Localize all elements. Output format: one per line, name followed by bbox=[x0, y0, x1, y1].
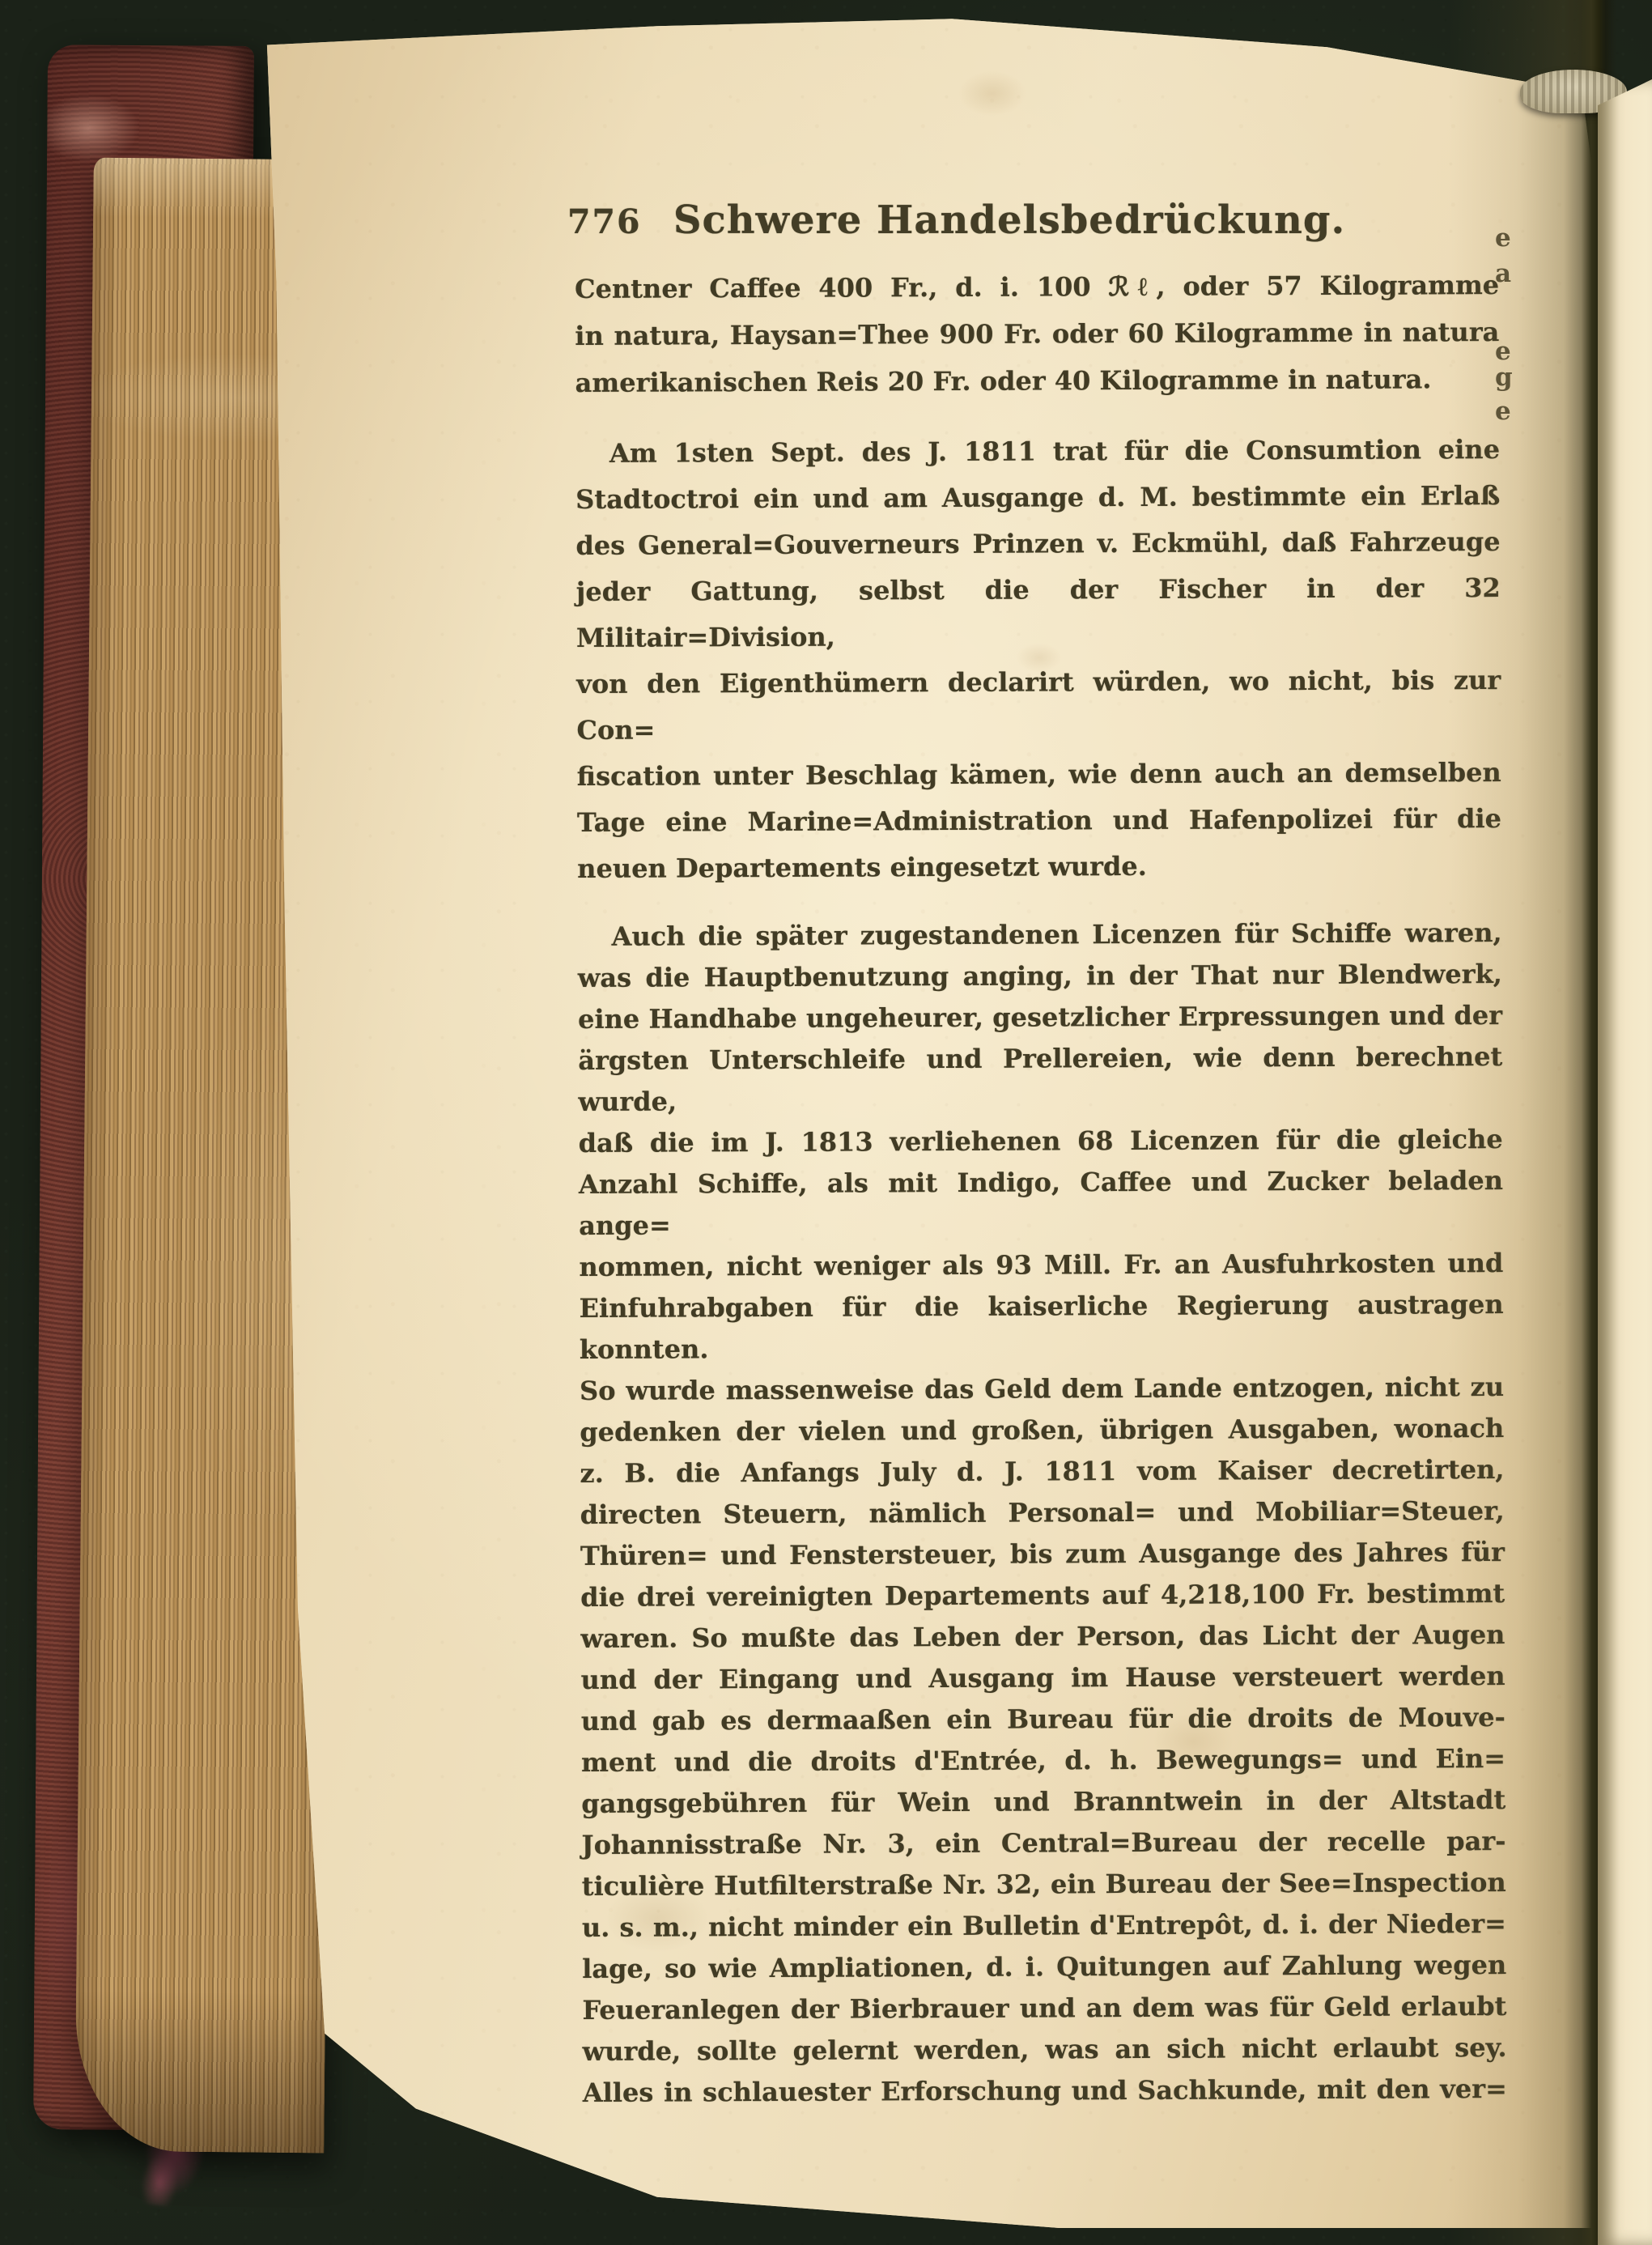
text-line: Feueranlegen der Bierbrauer und an dem w… bbox=[582, 1986, 1506, 2031]
text-line: u. s. m., nicht minder ein Bulletin d'En… bbox=[582, 1903, 1506, 1949]
text-line: was die Hauptbenutzung anging, in der Th… bbox=[578, 954, 1502, 999]
fragment-letter: e bbox=[1495, 397, 1511, 426]
text-line: Alles in schlauester Erforschung und Sac… bbox=[583, 2069, 1507, 2114]
text-line: directen Steuern, nämlich Personal= und … bbox=[580, 1490, 1505, 1536]
paragraph: Centner Caffee 400 Fr., d. i. 100 ℛℓ, od… bbox=[575, 261, 1500, 406]
book-photo: 776 Schwere Handelsbedrückung. Centner C… bbox=[0, 0, 1652, 2245]
text-line: Centner Caffee 400 Fr., d. i. 100 ℛℓ, od… bbox=[575, 261, 1499, 313]
text-line: daß die im J. 1813 verliehenen 68 Licenz… bbox=[579, 1119, 1503, 1164]
text-line: Thüren= und Fenstersteuer, bis zum Ausga… bbox=[580, 1532, 1505, 1577]
text-line: und gab es dermaaßen ein Bureau für die … bbox=[581, 1697, 1505, 1742]
fragment-letter: e bbox=[1495, 337, 1511, 366]
facing-page-sliver bbox=[1598, 79, 1652, 2245]
text-line: lage, so wie Ampliationen, d. i. Quitung… bbox=[582, 1945, 1506, 1990]
fragment-letter: e bbox=[1495, 223, 1511, 253]
body-text: Centner Caffee 400 Fr., d. i. 100 ℛℓ, od… bbox=[575, 261, 1507, 2114]
text-line: Johannisstraße Nr. 3, ein Central=Bureau… bbox=[581, 1821, 1505, 1866]
text-line: gedenken der vielen und großen, übrigen … bbox=[580, 1408, 1504, 1453]
text-line: ticulière Hutfilterstraße Nr. 32, ein Bu… bbox=[582, 1862, 1506, 1907]
text-line: ment und die droits d'Entrée, d. h. Bewe… bbox=[581, 1738, 1505, 1784]
text-line: Einfuhrabgaben für die kaiserliche Regie… bbox=[580, 1284, 1504, 1371]
running-header: Schwere Handelsbedrückung. bbox=[673, 198, 1345, 243]
text-line: und der Eingang und Ausgang im Hause ver… bbox=[581, 1656, 1505, 1701]
book-page: 776 Schwere Handelsbedrückung. Centner C… bbox=[255, 16, 1595, 2228]
text-line: von den Eigenthümern declarirt würden, w… bbox=[576, 657, 1501, 754]
text-line: Stadtoctroi ein und am Ausgange d. M. be… bbox=[575, 473, 1500, 523]
text-line: des General=Gouverneurs Prinzen v. Eckmü… bbox=[575, 519, 1500, 569]
text-line: So wurde massenweise das Geld dem Lande … bbox=[580, 1367, 1504, 1412]
text-line: Am 1sten Sept. des J. 1811 trat für die … bbox=[575, 427, 1500, 477]
text-line: Auch die später zugestandenen Licenzen f… bbox=[578, 912, 1502, 958]
text-line: die drei vereinigten Departements auf 4,… bbox=[580, 1573, 1505, 1618]
text-line: wurde, sollte gelernt werden, was an sic… bbox=[583, 2027, 1507, 2073]
fragment-letter: a bbox=[1495, 259, 1511, 288]
text-line: eine Handhabe ungeheurer, gesetzlicher E… bbox=[578, 995, 1502, 1040]
text-line: nommen, nicht weniger als 93 Mill. Fr. a… bbox=[579, 1243, 1503, 1288]
text-line: neuen Departements eingesetzt wurde. bbox=[577, 842, 1501, 892]
page-header-row: 776 Schwere Handelsbedrückung. bbox=[255, 198, 1595, 246]
text-line: ärgsten Unterschleife und Prellereien, w… bbox=[578, 1036, 1502, 1123]
page-number: 776 bbox=[567, 202, 642, 241]
text-line: amerikanischen Reis 20 Fr. oder 40 Kilog… bbox=[575, 355, 1500, 406]
text-line: Tage eine Marine=Administration und Hafe… bbox=[577, 796, 1501, 846]
text-line: fiscation unter Beschlag kämen, wie denn… bbox=[577, 750, 1501, 800]
text-line: gangsgebühren für Wein und Branntwein in… bbox=[581, 1779, 1505, 1825]
fragment-letter: g bbox=[1495, 363, 1513, 392]
text-line: Anzahl Schiffe, als mit Indigo, Caffee u… bbox=[579, 1160, 1503, 1247]
paragraph: Auch die später zugestandenen Licenzen f… bbox=[578, 912, 1507, 2114]
text-line: waren. So mußte das Leben der Person, da… bbox=[580, 1614, 1505, 1660]
paragraph: Am 1sten Sept. des J. 1811 trat für die … bbox=[575, 427, 1501, 892]
text-line: jeder Gattung, selbst die der Fischer in… bbox=[576, 565, 1501, 661]
text-line: in natura, Haysan=Thee 900 Fr. oder 60 K… bbox=[575, 308, 1499, 359]
text-line: z. B. die Anfangs July d. J. 1811 vom Ka… bbox=[580, 1449, 1504, 1495]
